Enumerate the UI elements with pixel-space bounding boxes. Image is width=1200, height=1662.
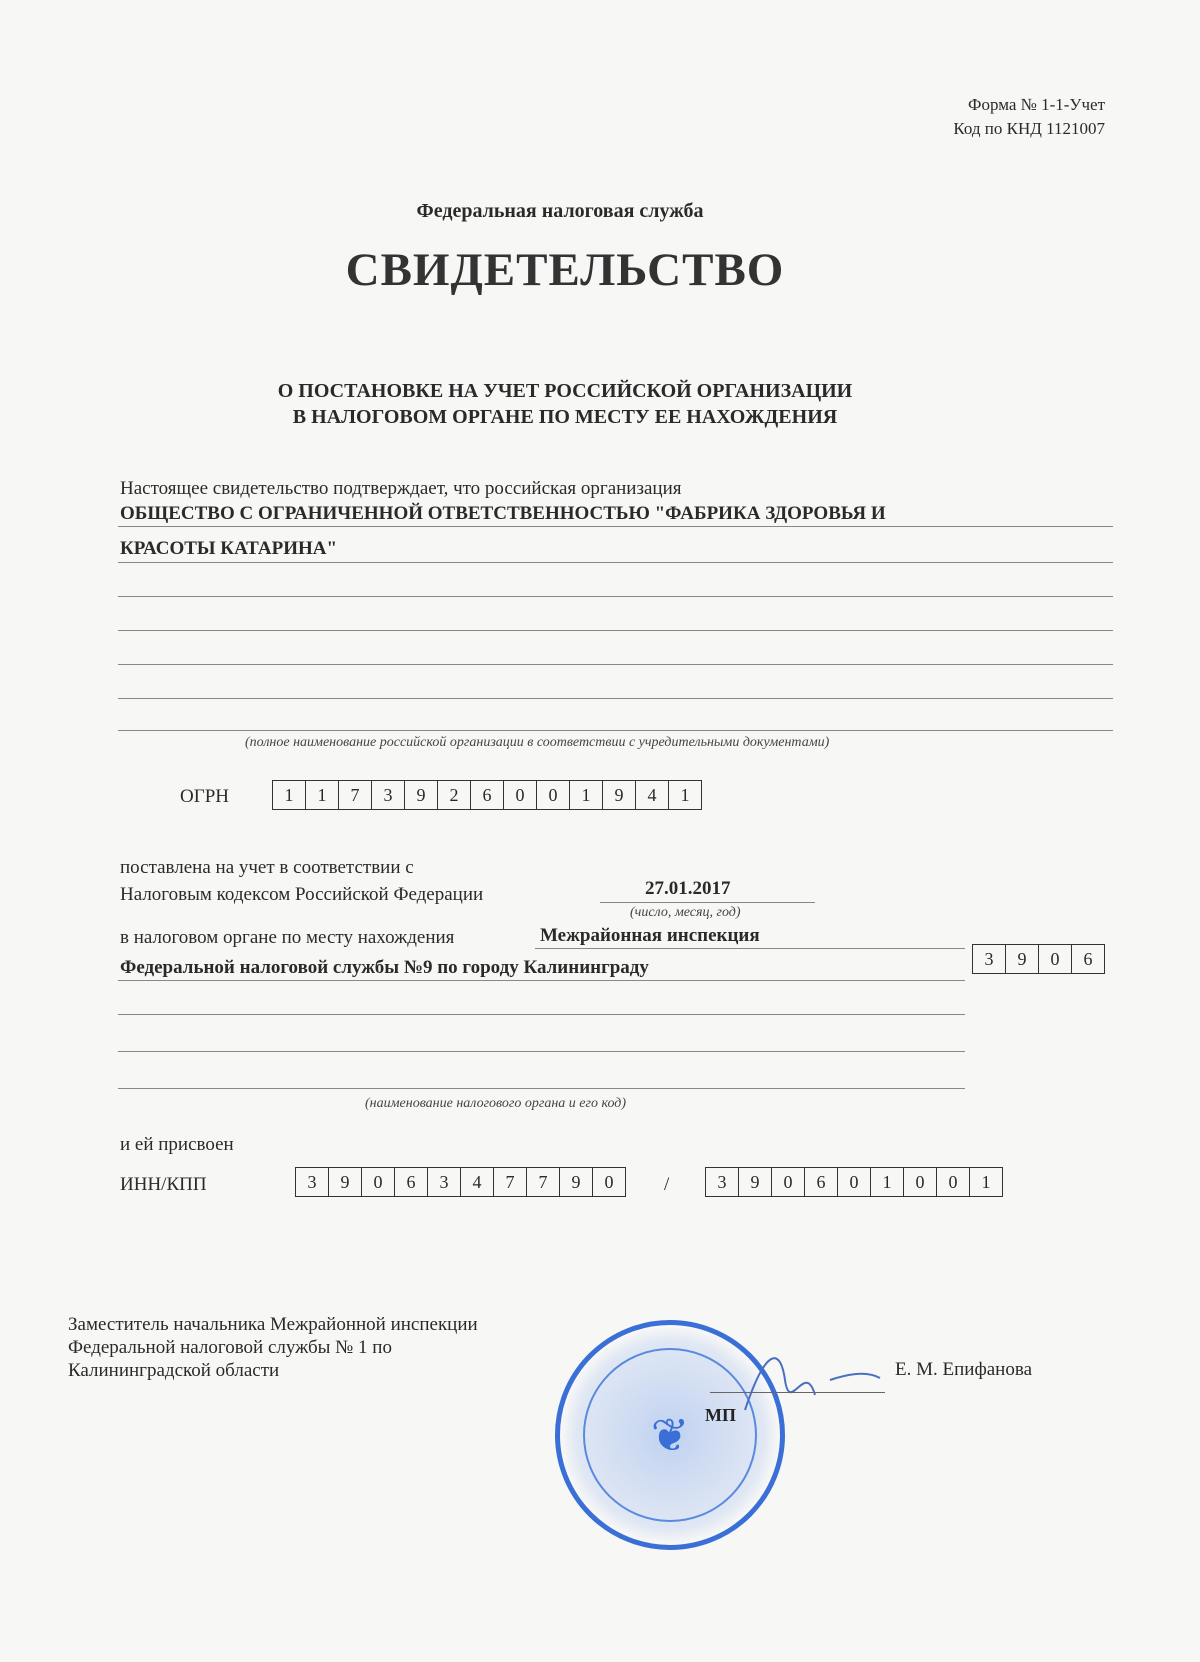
agency-name: Федеральная налоговая служба <box>0 200 1120 223</box>
rule <box>600 902 815 903</box>
digit-cell: 1 <box>306 781 339 809</box>
digit-cell: 0 <box>1039 945 1072 973</box>
rule <box>118 730 1113 731</box>
digit-cell: 0 <box>937 1168 970 1196</box>
organization-name-line2: КРАСОТЫ КАТАРИНА" <box>120 538 337 560</box>
digit-cell: 6 <box>395 1168 428 1196</box>
signature-line <box>710 1392 885 1393</box>
rule <box>118 562 1113 563</box>
digit-cell: 9 <box>1006 945 1039 973</box>
signatory-position: Заместитель начальника Межрайонной инспе… <box>68 1313 478 1382</box>
date-caption: (число, месяц, год) <box>630 905 741 921</box>
digit-cell: 1 <box>970 1168 1002 1196</box>
signatory-name: Е. М. Епифанова <box>895 1359 1032 1381</box>
registration-line1: поставлена на учет в соответствии с <box>120 857 414 879</box>
digit-cell: 0 <box>772 1168 805 1196</box>
digit-cell: 3 <box>372 781 405 809</box>
digit-cell: 9 <box>603 781 636 809</box>
form-header: Форма № 1-1-Учет Код по КНД 1121007 <box>953 93 1105 141</box>
kpp-cells: 390601001 <box>705 1167 1003 1197</box>
registration-date: 27.01.2017 <box>645 878 731 900</box>
position-line2: Федеральной налоговой службы № 1 по <box>68 1336 478 1359</box>
rule <box>118 630 1113 631</box>
rule <box>118 664 1113 665</box>
registration-line2: Налоговым кодексом Российской Федерации <box>120 884 483 906</box>
assigned-label: и ей присвоен <box>120 1134 234 1156</box>
digit-cell: 1 <box>669 781 701 809</box>
digit-cell: 9 <box>405 781 438 809</box>
digit-cell: 7 <box>494 1168 527 1196</box>
rule <box>118 1014 965 1015</box>
organization-name-line1: ОБЩЕСТВО С ОГРАНИЧЕННОЙ ОТВЕТСТВЕННОСТЬЮ… <box>120 503 886 525</box>
inn-kpp-label: ИНН/КПП <box>120 1174 207 1196</box>
subtitle-line2: В НАЛОГОВОМ ОРГАНЕ ПО МЕСТУ ЕЕ НАХОЖДЕНИ… <box>0 404 1130 430</box>
digit-cell: 1 <box>570 781 603 809</box>
digit-cell: 7 <box>527 1168 560 1196</box>
digit-cell: 7 <box>339 781 372 809</box>
digit-cell: 4 <box>636 781 669 809</box>
rule <box>118 1088 965 1089</box>
digit-cell: 3 <box>706 1168 739 1196</box>
stamp-label: МП <box>705 1405 736 1426</box>
rule <box>535 948 965 949</box>
tax-authority-name-part2: Федеральной налоговой службы №9 по город… <box>120 957 649 979</box>
digit-cell: 3 <box>296 1168 329 1196</box>
tax-authority-name-part1: Межрайонная инспекция <box>540 925 760 947</box>
digit-cell: 2 <box>438 781 471 809</box>
subtitle-line1: О ПОСТАНОВКЕ НА УЧЕТ РОССИЙСКОЙ ОРГАНИЗА… <box>0 378 1130 404</box>
digit-cell: 6 <box>1072 945 1104 973</box>
tax-authority-code-cells: 3906 <box>972 944 1105 974</box>
rule <box>118 698 1113 699</box>
digit-cell: 3 <box>973 945 1006 973</box>
digit-cell: 4 <box>461 1168 494 1196</box>
digit-cell: 9 <box>560 1168 593 1196</box>
digit-cell: 6 <box>805 1168 838 1196</box>
digit-cell: 3 <box>428 1168 461 1196</box>
position-line1: Заместитель начальника Межрайонной инспе… <box>68 1313 478 1336</box>
rule <box>118 596 1113 597</box>
digit-cell: 0 <box>904 1168 937 1196</box>
digit-cell: 1 <box>273 781 306 809</box>
inn-kpp-separator: / <box>664 1174 669 1196</box>
rule <box>118 526 1113 527</box>
tax-authority-caption: (наименование налогового органа и его ко… <box>365 1096 626 1112</box>
ogrn-label: ОГРН <box>180 786 229 808</box>
rule <box>118 1051 965 1052</box>
digit-cell: 0 <box>593 1168 625 1196</box>
form-number: Форма № 1-1-Учет <box>953 93 1105 117</box>
digit-cell: 9 <box>739 1168 772 1196</box>
document-subtitle: О ПОСТАНОВКЕ НА УЧЕТ РОССИЙСКОЙ ОРГАНИЗА… <box>0 378 1130 430</box>
digit-cell: 0 <box>537 781 570 809</box>
digit-cell: 6 <box>471 781 504 809</box>
position-line3: Калининградской области <box>68 1359 478 1382</box>
document-title: СВИДЕТЕЛЬСТВО <box>0 243 1130 297</box>
rule <box>118 980 965 981</box>
knd-code: Код по КНД 1121007 <box>953 117 1105 141</box>
digit-cell: 0 <box>362 1168 395 1196</box>
digit-cell: 9 <box>329 1168 362 1196</box>
signature-scribble-icon <box>735 1340 885 1420</box>
ogrn-cells: 1173926001941 <box>272 780 702 810</box>
organization-intro: Настоящее свидетельство подтверждает, чт… <box>120 478 681 500</box>
inn-cells: 3906347790 <box>295 1167 626 1197</box>
digit-cell: 1 <box>871 1168 904 1196</box>
tax-authority-intro: в налоговом органе по месту нахождения <box>120 927 454 949</box>
organization-caption: (полное наименование российской организа… <box>245 735 829 751</box>
digit-cell: 0 <box>504 781 537 809</box>
digit-cell: 0 <box>838 1168 871 1196</box>
